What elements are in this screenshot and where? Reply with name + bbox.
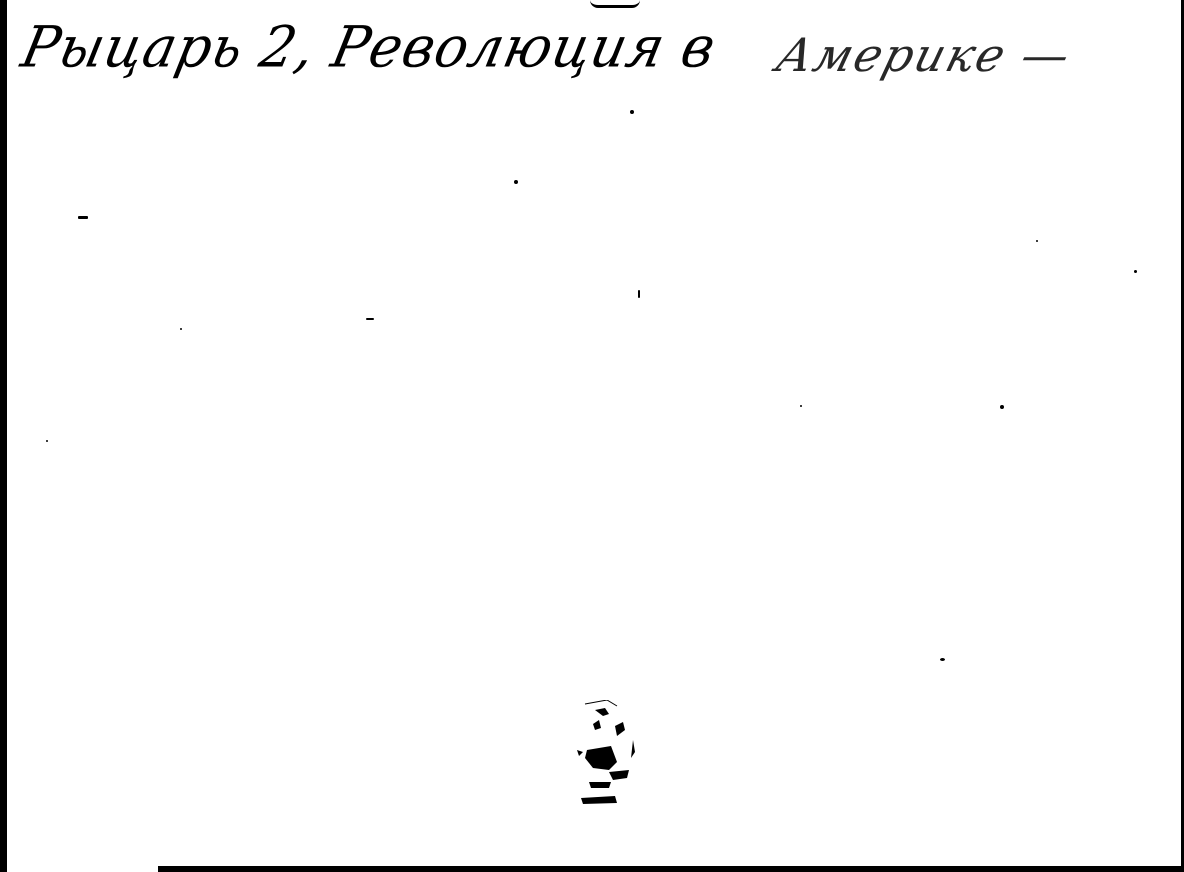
scan-speck xyxy=(366,318,374,320)
stamp-icon xyxy=(565,700,645,815)
scan-speck xyxy=(514,180,518,184)
scan-border-bottom xyxy=(158,866,1184,872)
scan-speck xyxy=(1000,405,1004,409)
scan-speck xyxy=(940,658,945,661)
scan-speck xyxy=(78,216,88,219)
scan-speck xyxy=(46,440,48,442)
scan-speck xyxy=(1036,240,1038,242)
scan-speck xyxy=(1134,270,1137,273)
handwritten-title-continued: Америке — xyxy=(771,28,1078,82)
scan-border-left xyxy=(0,0,7,872)
scan-speck xyxy=(180,328,182,330)
scanned-card: Рыцарь 2, Революция в Америке — xyxy=(0,0,1184,872)
scan-speck xyxy=(800,405,802,407)
scan-speck xyxy=(630,110,634,114)
handwritten-header: Рыцарь 2, Революция в Америке — xyxy=(18,8,1178,98)
top-ink-mark xyxy=(590,0,640,8)
scan-speck xyxy=(638,290,640,298)
handwritten-title: Рыцарь 2, Революция в xyxy=(16,14,722,80)
